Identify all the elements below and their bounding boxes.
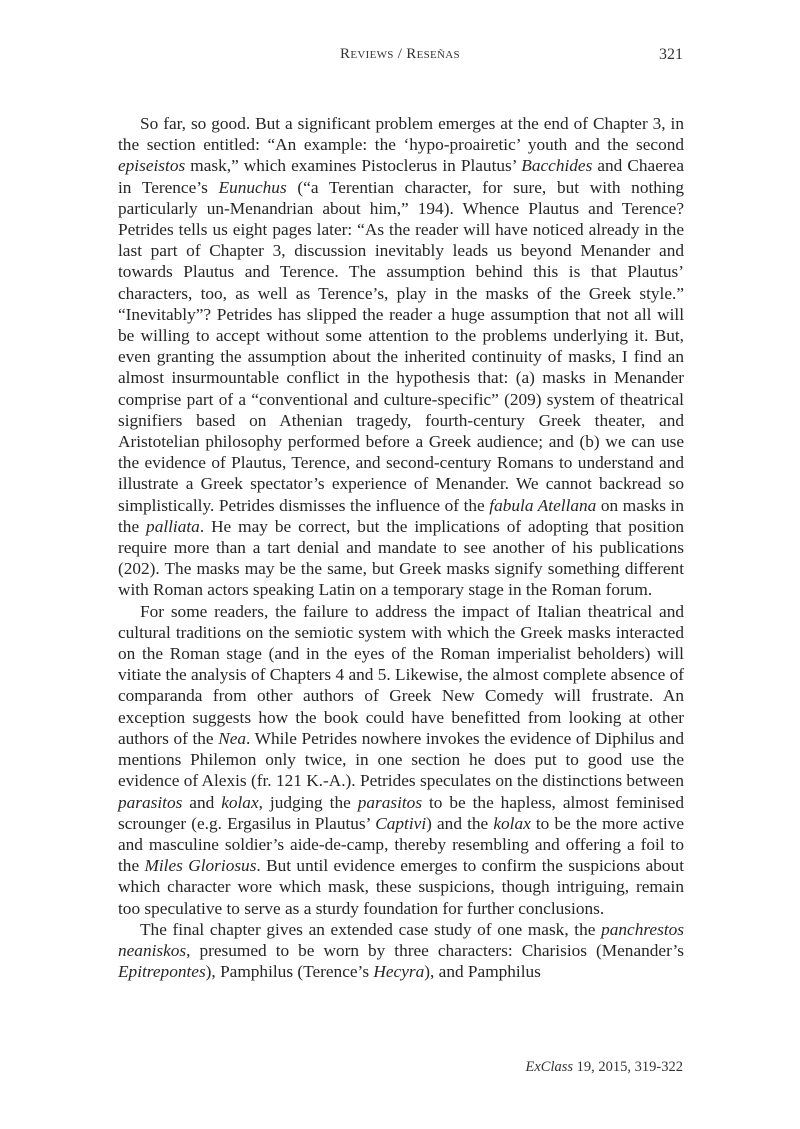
- body-text: So far, so good. But a significant probl…: [118, 113, 684, 982]
- footer-citation: ExClass 19, 2015, 319-322: [526, 1059, 684, 1076]
- text-run: For some readers, the failure to address…: [118, 602, 684, 748]
- page-number: 321: [659, 46, 683, 64]
- running-head: Reviews / Reseñas 321: [0, 46, 800, 68]
- italic-term: fabula Atellana: [489, 496, 596, 515]
- text-run: , judging the: [259, 793, 358, 812]
- text-run: (“a Terentian character, for sure, but w…: [118, 178, 684, 515]
- text-run: The final chapter gives an extended case…: [140, 920, 601, 939]
- italic-term: para­sitos: [358, 793, 422, 812]
- text-run: . He may be correct, but the implication…: [118, 517, 684, 600]
- text-run: mask,” which examines Pistoclerus in Pla…: [185, 156, 521, 175]
- italic-term: Bacchides: [521, 156, 592, 175]
- citation-details: 19, 2015, 319-322: [573, 1059, 683, 1075]
- paragraph-2: For some readers, the failure to address…: [118, 601, 684, 919]
- text-run: , presumed to be worn by three character…: [186, 941, 684, 960]
- italic-term: palliata: [146, 517, 200, 536]
- text-run: So far, so good. But a significant probl…: [118, 114, 684, 154]
- paragraph-3: The final chapter gives an extended case…: [118, 919, 684, 983]
- paragraph-1: So far, so good. But a significant probl…: [118, 113, 684, 601]
- italic-term: Eunuchus: [219, 178, 287, 197]
- italic-term: parasitos: [118, 793, 182, 812]
- text-run: ), Pamphilus (Terence’s: [206, 962, 374, 981]
- journal-name: ExClass: [526, 1059, 574, 1075]
- italic-term: Miles Gloriosus: [144, 856, 256, 875]
- text-run: ), and Pamphilus: [424, 962, 541, 981]
- italic-term: kolax: [221, 793, 258, 812]
- italic-term: Hecyra: [373, 962, 424, 981]
- italic-term: Epitrepontes: [118, 962, 206, 981]
- italic-term: Captivi: [375, 814, 426, 833]
- italic-term: episeistos: [118, 156, 185, 175]
- text-run: and: [182, 793, 221, 812]
- italic-term: Nea: [218, 729, 246, 748]
- text-run: ) and the: [426, 814, 493, 833]
- italic-term: kolax: [493, 814, 530, 833]
